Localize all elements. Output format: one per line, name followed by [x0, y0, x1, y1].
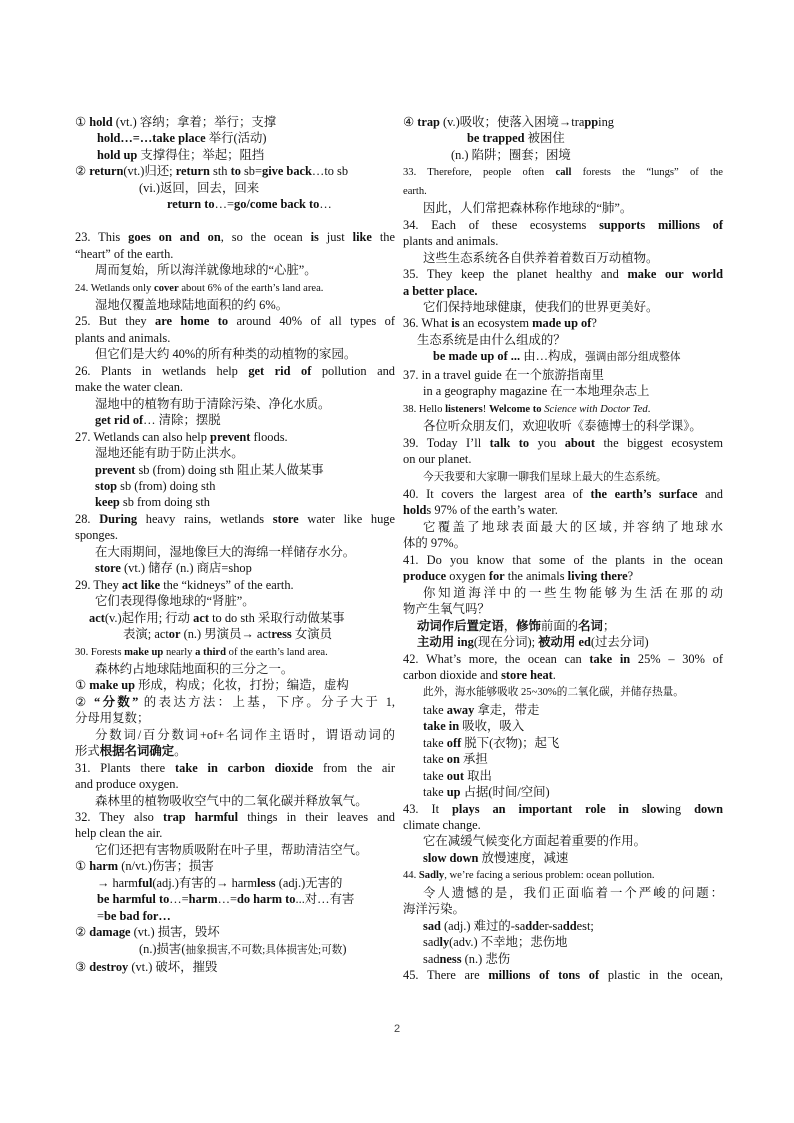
- text-run: take: [423, 785, 447, 799]
- text-run: 森林里的植物吸收空气中的二氧化碳并释放氧气。: [95, 794, 368, 808]
- text-run: 占据(时间/空间): [461, 785, 550, 799]
- text-run: ②: [75, 695, 94, 709]
- bold-phrase: go/come back to: [234, 197, 319, 211]
- text-line: ① make up 形成，构成；化妆，打扮；编造，虚构: [75, 677, 395, 693]
- text-run: …to sb: [312, 164, 348, 178]
- text-line: 29. They act like the “kidneys” of the e…: [75, 577, 395, 593]
- text-run: …: [319, 197, 331, 211]
- bold-phrase: damage: [89, 925, 130, 939]
- text-line: 它在减缓气候变化方面起着重要的作用。: [403, 833, 723, 849]
- text-run: , we’re facing a serious problem: ocean …: [444, 870, 654, 881]
- text-run: take: [423, 752, 447, 766]
- text-run: 24. Wetlands only: [75, 283, 154, 294]
- bold-phrase: cover: [154, 283, 179, 294]
- text-run: the “kidneys” of the earth.: [160, 578, 294, 592]
- text-line: 但它们是大约 40%的所有种类的动植物的家园。: [75, 346, 395, 362]
- text-run: 41. Do you know that some of the plants …: [403, 553, 723, 567]
- bold-phrase: make up: [124, 647, 163, 658]
- text-run: 它们保持地球健康，使我们的世界更美好。: [423, 300, 658, 314]
- text-run: the biggest ecosystem: [595, 436, 723, 450]
- bold-phrase: return: [176, 164, 210, 178]
- text-run: ?: [628, 569, 634, 583]
- text-run: nearly: [163, 647, 195, 658]
- text-run: 38. Hello: [403, 404, 445, 415]
- text-run: …=: [218, 892, 237, 906]
- text-run: forests the “lungs” of the: [571, 167, 723, 178]
- text-run: (vt.) 储存 (n.) 商店=shop: [121, 561, 252, 575]
- text-line: 25. But they are home to around 40% of a…: [75, 313, 395, 329]
- text-line: 45. There are millions of tons of plasti…: [403, 967, 723, 983]
- text-run: 承担: [460, 752, 488, 766]
- bold-phrase: keep: [95, 495, 120, 509]
- bold-phrase: or: [169, 627, 181, 641]
- text-run: 因此，人们常把森林称作地球的“肺”。: [423, 201, 632, 215]
- text-run: (n.) 男演员→ act: [180, 627, 271, 641]
- text-run: sb (from) doing sth: [117, 479, 215, 493]
- text-run: make the water clean.: [75, 380, 183, 394]
- text-run: 湿地仅覆盖地球陆地面积的约 6%。: [95, 298, 288, 312]
- text-run: 39. Today I’ll: [403, 436, 490, 450]
- bold-phrase: 动词作后置定语: [417, 619, 504, 633]
- bold-phrase: ly: [440, 935, 450, 949]
- text-line: in a geography magazine 在一本地理杂志上: [403, 383, 723, 399]
- text-line: → harmful(adj.)有害的→ harmless (adj.)无害的: [75, 875, 395, 891]
- text-line: sponges.: [75, 527, 395, 543]
- text-run: ①: [75, 859, 89, 873]
- text-line: ③ destroy (vt.) 破坏，摧毁: [75, 959, 395, 975]
- text-run: 44.: [403, 870, 419, 881]
- bold-phrase: ful: [138, 876, 152, 890]
- text-run: ②: [75, 164, 89, 178]
- text-run: sb (from) doing sth 阻止某人做某事: [135, 463, 323, 477]
- text-line: 分母用复数；: [75, 710, 395, 726]
- right-column: ④ trap (v.)吸收；使落入困境→trappingbe trapped 被…: [403, 114, 723, 984]
- text-line: take away 拿走，带走: [403, 702, 723, 718]
- left-column: ① hold (vt.) 容纳；拿着；举行；支撑hold…=…take plac…: [75, 114, 395, 976]
- text-run: 25. But they: [75, 314, 155, 328]
- bold-phrase: are home to: [155, 314, 228, 328]
- text-run: (vt.) 损害，毁坏: [131, 925, 220, 939]
- text-run: =: [97, 909, 104, 923]
- text-run: , so the ocean: [221, 230, 311, 244]
- text-line: 33. Therefore, people often call forests…: [403, 163, 723, 181]
- text-run: ；: [603, 619, 615, 633]
- bold-phrase: act: [89, 611, 105, 625]
- text-run: .: [553, 668, 556, 682]
- bold-phrase: on: [447, 752, 460, 766]
- text-line: 39. Today I’ll talk to you about the big…: [403, 435, 723, 451]
- bold-phrase: act: [193, 611, 209, 625]
- text-run: (n.) 陷阱；圈套；困境: [451, 148, 571, 162]
- text-line: (n.) 陷阱；圈套；困境: [403, 147, 723, 163]
- text-run: ...对…有害: [296, 892, 355, 906]
- text-line: 27. Wetlands can also help prevent flood…: [75, 429, 395, 445]
- text-run: 举行(活动): [206, 131, 267, 145]
- text-run: 表演; act: [123, 627, 169, 641]
- bold-phrase: Sadly: [419, 870, 444, 881]
- text-run: sb from doing sth: [120, 495, 210, 509]
- text-line: 26. Plants in wetlands help get rid of p…: [75, 363, 395, 379]
- text-line: produce oxygen for the animals living th…: [403, 568, 723, 584]
- text-run: 在大雨期间，湿地像巨大的海绵一样储存水分。: [95, 545, 355, 559]
- bold-phrase: take in carbon dioxide: [175, 761, 313, 775]
- text-line: 34. Each of these ecosystems supports mi…: [403, 217, 723, 233]
- text-run: (现在分词);: [474, 635, 538, 649]
- text-run: 吸收，吸入: [459, 719, 524, 733]
- bold-phrase: down: [694, 802, 723, 816]
- text-run: 湿地还能有助于防止洪水。: [95, 446, 244, 460]
- text-line: ④ trap (v.)吸收；使落入困境→trapping: [403, 114, 723, 130]
- bold-phrase: be trapped: [467, 131, 524, 145]
- bold-phrase: do harm to: [237, 892, 296, 906]
- text-run: 你知道海洋中的一些生物能够为生活在那的动: [423, 586, 723, 600]
- text-run: take: [423, 736, 447, 750]
- text-run: the: [372, 230, 395, 244]
- text-line: prevent sb (from) doing sth 阻止某人做某事: [75, 462, 395, 478]
- text-line: 在大雨期间，湿地像巨大的海绵一样储存水分。: [75, 544, 395, 560]
- text-line: 37. in a travel guide 在一个旅游指南里: [403, 367, 723, 383]
- text-run: sad: [423, 952, 440, 966]
- text-line: 湿地中的植物有助于清除污染、净化水质。: [75, 396, 395, 412]
- text-run: (adj.) 难过的-sa: [441, 919, 525, 933]
- bold-phrase: make up: [89, 678, 135, 692]
- text-run: (n/vt.)伤害；损害: [118, 859, 214, 873]
- text-run: things in their leaves and: [238, 810, 395, 824]
- text-run: …=: [169, 892, 188, 906]
- bold-phrase: be harmful to: [97, 892, 169, 906]
- text-run: 。: [174, 744, 186, 758]
- text-line: [75, 213, 395, 229]
- text-line: 湿地仅覆盖地球陆地面积的约 6%。: [75, 297, 395, 313]
- text-line: 32. They also trap harmful things in the…: [75, 809, 395, 825]
- text-line: 这些生态系统各自供养着着数百万动植物。: [403, 250, 723, 266]
- text-line: help clean the air.: [75, 825, 395, 841]
- bold-phrase: dd: [525, 919, 539, 933]
- bold-phrase: 名词: [578, 619, 603, 633]
- bold-phrase: take in: [423, 719, 459, 733]
- bold-phrase: take in: [589, 652, 630, 666]
- text-run: → harm: [97, 876, 138, 890]
- text-run: 这些生态系统各自供养着着数百万动植物。: [423, 251, 658, 265]
- bold-phrase: trap harmful: [163, 810, 238, 824]
- text-run: ?: [591, 316, 597, 330]
- text-line: 它覆盖了地球表面最大的区域, 并容纳了地球水: [403, 519, 723, 535]
- text-line: (vi.)返回，回去，回来: [75, 180, 395, 196]
- page-number: 2: [0, 1023, 794, 1035]
- bold-phrase: hold: [403, 503, 426, 517]
- text-run: (n.) 悲伤: [462, 952, 511, 966]
- bold-phrase: about: [565, 436, 595, 450]
- bold-phrase: destroy: [89, 960, 128, 974]
- text-run: sad: [423, 935, 440, 949]
- text-run: 29. They: [75, 578, 122, 592]
- text-line: 43. It plays an important role in slowin…: [403, 801, 723, 817]
- text-run: ①: [75, 115, 89, 129]
- bold-phrase: hold up: [97, 148, 137, 162]
- text-run: 26. Plants in wetlands help: [75, 364, 248, 378]
- text-run: 由…构成，: [520, 349, 585, 363]
- text-line: 41. Do you know that some of the plants …: [403, 552, 723, 568]
- bold-phrase: ness: [440, 952, 462, 966]
- text-run: ): [342, 942, 346, 956]
- text-run: in a geography magazine 在一本地理杂志上: [423, 384, 649, 398]
- text-line: 它们表现得像地球的“肾脏”。: [75, 593, 395, 609]
- text-line: holds 97% of the earth’s water.: [403, 502, 723, 518]
- text-run: … 清除；摆脱: [143, 413, 220, 427]
- bold-phrase: living there: [568, 569, 628, 583]
- text-run: ②: [75, 925, 89, 939]
- text-run: 25% – 30% of: [630, 652, 723, 666]
- bold-phrase: plays an important role in slow: [452, 802, 665, 816]
- text-run: 43. It: [403, 802, 452, 816]
- text-run: 生态系统是由什么组成的？: [417, 333, 566, 347]
- text-run: 此外，海水能够吸收 25~30%的二氧化碳，并储存热量。: [423, 687, 684, 698]
- bold-phrase: store heat: [501, 668, 553, 682]
- text-run: 45. There are: [403, 968, 488, 982]
- text-line: 它们还把有害物质吸附在叶子里，帮助清洁空气。: [75, 842, 395, 858]
- text-run: earth.: [403, 186, 427, 197]
- bold-phrase: hold: [89, 115, 112, 129]
- text-run: (vt.) 破坏，摧毁: [128, 960, 217, 974]
- text-run: 27. Wetlands can also help: [75, 430, 210, 444]
- text-run: “heart” of the earth.: [75, 247, 173, 261]
- text-line: (n.)损害(抽象损害,不可数;具体损害处;可数): [75, 941, 395, 959]
- text-run: oxygen: [446, 569, 489, 583]
- text-line: a better place.: [403, 283, 723, 299]
- bold-phrase: give back: [262, 164, 312, 178]
- text-run: ing: [598, 115, 614, 129]
- bold-phrase: trap: [417, 115, 440, 129]
- bold-phrase: stop: [95, 479, 117, 493]
- text-run: water like huge: [299, 512, 395, 526]
- bold-phrase: off: [447, 736, 461, 750]
- text-run: er-sa: [539, 919, 563, 933]
- bold-phrase: on and on: [159, 230, 221, 244]
- text-line: earth.: [403, 182, 723, 200]
- bold-phrase: away: [447, 703, 475, 717]
- text-line: =be bad for…: [75, 908, 395, 924]
- text-line: ② return(vt.)归还; return sth to sb=give b…: [75, 163, 395, 179]
- bold-phrase: be bad for…: [104, 909, 171, 923]
- text-run: heavy rains, wetlands: [137, 512, 273, 526]
- bold-phrase: goes: [128, 230, 151, 244]
- text-line: keep sb from doing sth: [75, 494, 395, 510]
- text-run: (vi.)返回，回去，回来: [139, 181, 259, 195]
- text-run: the animals: [505, 569, 568, 583]
- text-run: 形式: [75, 744, 100, 758]
- text-run: 女演员: [292, 627, 332, 641]
- text-run: s 97% of the earth’s water.: [426, 503, 557, 517]
- text-run: 分数词/百分数词+of+名词作主语时，谓语动词的: [95, 728, 395, 742]
- text-run: 30. Forests: [75, 647, 124, 658]
- text-run: 37. in a travel guide 在一个旅游指南里: [403, 368, 604, 382]
- bold-phrase: for: [489, 569, 505, 583]
- text-line: 因此，人们常把森林称作地球的“肺”。: [403, 200, 723, 216]
- bold-phrase: like: [353, 230, 372, 244]
- text-line: 周而复始，所以海洋就像地球的“心脏”。: [75, 262, 395, 278]
- text-run: …=: [215, 197, 234, 211]
- bold-phrase: act like: [122, 578, 160, 592]
- bold-phrase: up: [447, 785, 461, 799]
- text-run: 分母用复数；: [75, 711, 149, 725]
- text-line: 你知道海洋中的一些生物能够为生活在那的动: [403, 585, 723, 601]
- text-line: 28. During heavy rains, wetlands store w…: [75, 511, 395, 527]
- text-line: 此外，海水能够吸收 25~30%的二氧化碳，并储存热量。: [403, 683, 723, 701]
- bold-phrase: slow down: [423, 851, 478, 865]
- text-line: slow down 放慢速度，减速: [403, 850, 723, 866]
- text-run: 湿地中的植物有助于清除污染、净化水质。: [95, 397, 330, 411]
- text-line: take up 占据(时间/空间): [403, 784, 723, 800]
- bold-phrase: millions of tons of: [488, 968, 599, 982]
- text-run: (vt.) 容纳；拿着；举行；支撑: [113, 115, 276, 129]
- text-run: [151, 230, 159, 244]
- text-line: 令人遗憾的是，我们正面临着一个严峻的问题：: [403, 885, 723, 901]
- bold-phrase: store: [95, 561, 121, 575]
- bold-phrase: 被动用 ed: [538, 635, 591, 649]
- text-line: be trapped 被困住: [403, 130, 723, 146]
- text-run: you: [529, 436, 565, 450]
- text-line: make the water clean.: [75, 379, 395, 395]
- bold-phrase: prevent: [210, 430, 250, 444]
- text-line: 表演; actor (n.) 男演员→ actress 女演员: [75, 626, 395, 642]
- text-line: take in 吸收，吸入: [403, 718, 723, 734]
- bold-phrase: 主动用 ing: [417, 635, 474, 649]
- text-line: stop sb (from) doing sth: [75, 478, 395, 494]
- text-run: 前面的: [541, 619, 578, 633]
- bold-phrase: get rid of: [95, 413, 143, 427]
- bold-phrase: return: [89, 164, 123, 178]
- text-run: plants and animals.: [75, 331, 170, 345]
- text-line: carbon dioxide and store heat.: [403, 667, 723, 683]
- text-line: 主动用 ing(现在分词); 被动用 ed(过去分词): [403, 634, 723, 650]
- text-run: 体的 97%。: [403, 536, 466, 550]
- text-line: sad (adj.) 难过的-sadder-saddest;: [403, 918, 723, 934]
- text-run: of the earth’s land area.: [226, 647, 328, 658]
- text-run: just: [319, 230, 353, 244]
- text-line: ① harm (n/vt.)伤害；损害: [75, 858, 395, 874]
- text-run: 被困住: [524, 131, 564, 145]
- text-line: 森林里的植物吸收空气中的二氧化碳并释放氧气。: [75, 793, 395, 809]
- text-run: carbon dioxide and: [403, 668, 501, 682]
- text-line: plants and animals.: [403, 233, 723, 249]
- text-line: sadness (n.) 悲伤: [403, 951, 723, 967]
- text-run: (adj.)无害的: [276, 876, 343, 890]
- text-line: and produce oxygen.: [75, 776, 395, 792]
- text-run: (过去分词): [591, 635, 649, 649]
- text-run: est;: [577, 919, 594, 933]
- text-line: sadly(adv.) 不幸地；悲伤地: [403, 934, 723, 950]
- text-line: 湿地还能有助于防止洪水。: [75, 445, 395, 461]
- text-run: 34. Each of these ecosystems: [403, 218, 599, 232]
- text-run: 42. What’s more, the ocean can: [403, 652, 589, 666]
- text-run: 各位听众朋友们，欢迎收听《泰德博士的科学课》。: [423, 419, 702, 433]
- bold-phrase: is: [451, 316, 459, 330]
- text-run: 它覆盖了地球表面最大的区域, 并容纳了地球水: [423, 520, 723, 534]
- text-line: 各位听众朋友们，欢迎收听《泰德博士的科学课》。: [403, 418, 723, 434]
- text-line: 生态系统是由什么组成的？: [403, 332, 723, 348]
- text-line: 24. Wetlands only cover about 6% of the …: [75, 279, 395, 297]
- bold-phrase: to: [231, 164, 241, 178]
- text-run: about 6% of the earth’s land area.: [179, 283, 324, 294]
- bold-phrase: call: [556, 167, 572, 178]
- bold-phrase: ress: [271, 627, 291, 641]
- text-run: and: [698, 487, 724, 501]
- bold-phrase: During: [99, 512, 137, 526]
- text-line: “heart” of the earth.: [75, 246, 395, 262]
- text-line: be made up of ... 由…构成，强调由部分组成整体: [403, 348, 723, 366]
- bold-phrase: less: [257, 876, 276, 890]
- bold-phrase: the earth’s surface: [591, 487, 698, 501]
- bold-phrase: harm: [189, 892, 218, 906]
- text-run: 抽象损害,不可数;具体损害处;可数: [185, 945, 342, 956]
- text-line: 31. Plants there take in carbon dioxide …: [75, 760, 395, 776]
- bold-phrase: make our world: [627, 267, 723, 281]
- text-run: climate change.: [403, 818, 481, 832]
- text-run: 今天我要和大家聊一聊我们星球上最大的生态系统。: [423, 472, 667, 483]
- text-line: 42. What’s more, the ocean can take in 2…: [403, 651, 723, 667]
- text-run: (adj.)有害的→ harm: [152, 876, 257, 890]
- text-run: 令人遗憾的是，我们正面临着一个严峻的问题：: [423, 886, 723, 900]
- text-run: ④: [403, 115, 417, 129]
- text-run: 36. What: [403, 316, 451, 330]
- text-run: plants and animals.: [403, 234, 498, 248]
- text-run: from the air: [313, 761, 395, 775]
- bold-phrase: 修饰: [516, 619, 541, 633]
- text-run: (adv.) 不幸地；悲伤地: [449, 935, 567, 949]
- text-line: ② damage (vt.) 损害，毁坏: [75, 924, 395, 940]
- text-run: 32. They also: [75, 810, 163, 824]
- text-line: hold up 支撑得住；举起；阻挡: [75, 147, 395, 163]
- text-run: 35. They keep the planet healthy and: [403, 267, 627, 281]
- text-run: 拿走，带走: [474, 703, 539, 717]
- text-run: ③: [75, 960, 89, 974]
- text-line: 今天我要和大家聊一聊我们星球上最大的生态系统。: [403, 468, 723, 486]
- text-run: 它们表现得像地球的“肾脏”。: [95, 594, 255, 608]
- bold-phrase: listeners: [445, 404, 483, 415]
- text-run: sth: [210, 164, 231, 178]
- text-run: 它们还把有害物质吸附在叶子里，帮助清洁空气。: [95, 843, 368, 857]
- text-line: 森林约占地球陆地面积的三分之一。: [75, 661, 395, 677]
- bold-phrase: produce: [403, 569, 446, 583]
- text-run: 取出: [464, 769, 492, 783]
- bold-phrase: be made up of ...: [433, 349, 520, 363]
- text-line: 物产生氧气吗？: [403, 601, 723, 617]
- text-run: (v.)起作用; 行动: [105, 611, 193, 625]
- text-run: take: [423, 769, 447, 783]
- text-run: 它在减缓气候变化方面起着重要的作用。: [423, 834, 646, 848]
- text-line: 38. Hello listeners! Welcome to Science …: [403, 400, 723, 418]
- text-run: 33. Therefore, people often: [403, 167, 556, 178]
- text-run: 形成，构成；化妆，打扮；编造，虚构: [135, 678, 349, 692]
- text-run: 脱下(衣物)；起飞: [461, 736, 559, 750]
- text-run: sponges.: [75, 528, 118, 542]
- text-run: sb=: [241, 164, 262, 178]
- text-run: ing: [665, 802, 694, 816]
- bold-phrase: “分数”: [94, 695, 138, 709]
- text-line: 体的 97%。: [403, 535, 723, 551]
- bold-phrase: dd: [563, 919, 577, 933]
- bold-phrase: made up of: [532, 316, 591, 330]
- text-line: return to…=go/come back to…: [75, 196, 395, 212]
- text-line: 23. This goes on and on, so the ocean is…: [75, 229, 395, 245]
- text-line: climate change.: [403, 817, 723, 833]
- text-line: 形式根据名词确定。: [75, 743, 395, 759]
- text-line: take off 脱下(衣物)；起飞: [403, 735, 723, 751]
- text-run: 放慢速度，减速: [478, 851, 568, 865]
- text-run: 28.: [75, 512, 99, 526]
- text-run: help clean the air.: [75, 826, 162, 840]
- text-line: 分数词/百分数词+of+名词作主语时，谓语动词的: [75, 727, 395, 743]
